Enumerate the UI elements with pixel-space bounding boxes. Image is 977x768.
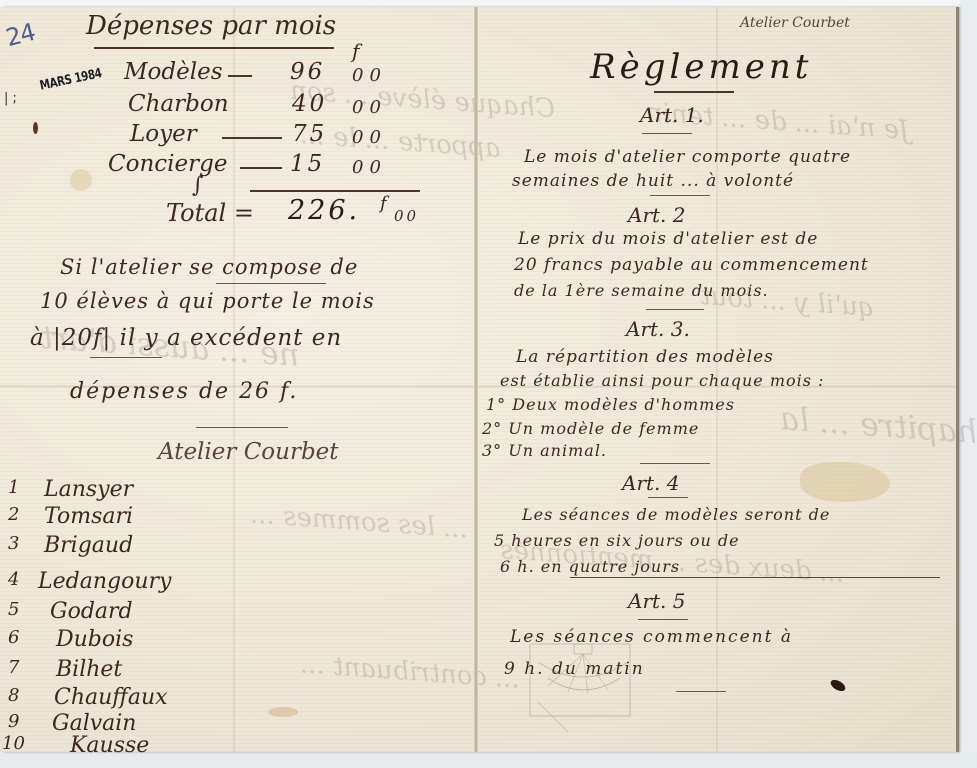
expense-amount: 40 [292, 91, 327, 117]
title-underline [654, 91, 734, 93]
note-line: Si l'atelier se compose de [60, 255, 358, 279]
article-rule [648, 497, 688, 498]
roster-number: 3 [8, 533, 19, 554]
roster-name: Dubois [56, 627, 133, 652]
expense-cents: 00 [352, 157, 387, 178]
manuscript-sheet: Chaque élève ... son apporte ... le ... … [0, 7, 956, 752]
heading-underline [94, 47, 334, 49]
expense-row: Charbon 40 00 [0, 91, 474, 121]
expense-amount: 15 [290, 151, 325, 177]
expense-amount: 96 [290, 59, 325, 85]
expense-label: Charbon [128, 91, 229, 117]
leader-dash [222, 137, 282, 139]
expense-label: Concierge [108, 151, 227, 177]
roster-name: Brigaud [44, 533, 133, 558]
roster-number: 9 [8, 711, 19, 732]
sum-mark: ∫ [192, 173, 203, 198]
article-rule [638, 619, 688, 620]
note-line: 10 élèves à qui porte le mois [40, 289, 375, 313]
roster-name: Tomsari [44, 504, 133, 529]
note-underline [90, 357, 162, 358]
article-rule [642, 133, 692, 134]
article-rule [570, 577, 940, 578]
article-line: 6 h. en quatre jours [500, 557, 680, 576]
total-cents: 00 [394, 207, 419, 225]
article-rule [676, 691, 726, 692]
article-line: Le mois d'atelier comporte quatre [524, 147, 851, 167]
article-heading: Art. 4 [622, 471, 679, 495]
article-line: 5 heures en six jours ou de [494, 531, 740, 550]
article-heading: Art. 2 [628, 203, 685, 227]
roster-name: Kausse [70, 733, 149, 758]
roster-number: 10 [2, 733, 25, 754]
left-page-expenses: 24 | ; MARS 1984 Dépenses par mois f Mod… [0, 7, 474, 752]
scan-border-top [0, 0, 977, 7]
expense-label: Loyer [130, 121, 197, 147]
expense-cents: 00 [352, 127, 387, 148]
roster-name: Chauffaux [54, 685, 168, 710]
note-line: dépenses de 26 f. [70, 379, 298, 404]
article-line: 3° Un animal. [482, 441, 607, 460]
roster-title: Atelier Courbet [158, 439, 339, 465]
roster-name: Ledangoury [38, 569, 171, 594]
archive-number: 24 [3, 18, 37, 52]
article-rule [650, 195, 710, 196]
expense-label: Modèles [124, 59, 223, 85]
article-line: de la 1ère semaine du mois. [514, 281, 769, 300]
total-rule [250, 190, 420, 192]
expense-row: Concierge 15 00 [0, 151, 474, 181]
leader-dash [240, 167, 282, 169]
expense-cents: 00 [352, 97, 387, 118]
note-underline [196, 427, 288, 428]
article-rule [646, 309, 704, 310]
expense-row: Modèles 96 00 [0, 59, 474, 89]
note-line: à |20f| il y a excédent en [30, 325, 342, 351]
note-underline [216, 283, 326, 284]
pencil-sketch-icon [528, 642, 638, 732]
article-heading: Art. 1. [640, 103, 704, 127]
article-line: est établie ainsi pour chaque mois : [500, 371, 824, 390]
roster-name: Lansyer [44, 477, 133, 502]
corner-note: Atelier Courbet [740, 15, 850, 31]
roster-number: 6 [8, 627, 19, 648]
article-heading: Art. 3. [626, 317, 690, 341]
roster-number: 1 [8, 477, 19, 498]
roster-name: Godard [50, 599, 133, 624]
roster-number: 7 [8, 657, 19, 678]
expenses-heading: Dépenses par mois [86, 11, 336, 41]
article-line: La répartition des modèles [516, 347, 774, 367]
article-line: semaines de huit ... à volonté [512, 171, 794, 191]
leader-dash [228, 75, 252, 77]
roster-number: 4 [8, 569, 19, 590]
scan-border-right [960, 0, 977, 768]
roster-number: 8 [8, 685, 19, 706]
expense-cents: 00 [352, 65, 387, 86]
roster-name: Bilhet [56, 657, 122, 682]
right-page-regulations: Atelier Courbet Règlement Art. 1. Le moi… [478, 7, 956, 752]
expense-row: Loyer 75 00 [0, 121, 474, 151]
article-line: Les séances de modèles seront de [522, 505, 830, 524]
article-rule [640, 463, 710, 464]
article-heading: Art. 5 [628, 589, 685, 613]
roster-number: 2 [8, 504, 19, 525]
article-line: Le prix du mois d'atelier est de [518, 229, 818, 249]
total-label: Total = [166, 199, 254, 227]
roster-number: 5 [8, 599, 19, 620]
article-line: 2° Un modèle de femme [482, 419, 699, 438]
total-currency: f [380, 193, 387, 214]
total-amount: 226. [288, 195, 360, 226]
expense-amount: 75 [292, 121, 327, 147]
article-line: 1° Deux modèles d'hommes [486, 395, 735, 414]
article-line: 20 francs payable au commencement [514, 255, 869, 275]
document-title: Règlement [590, 47, 812, 87]
